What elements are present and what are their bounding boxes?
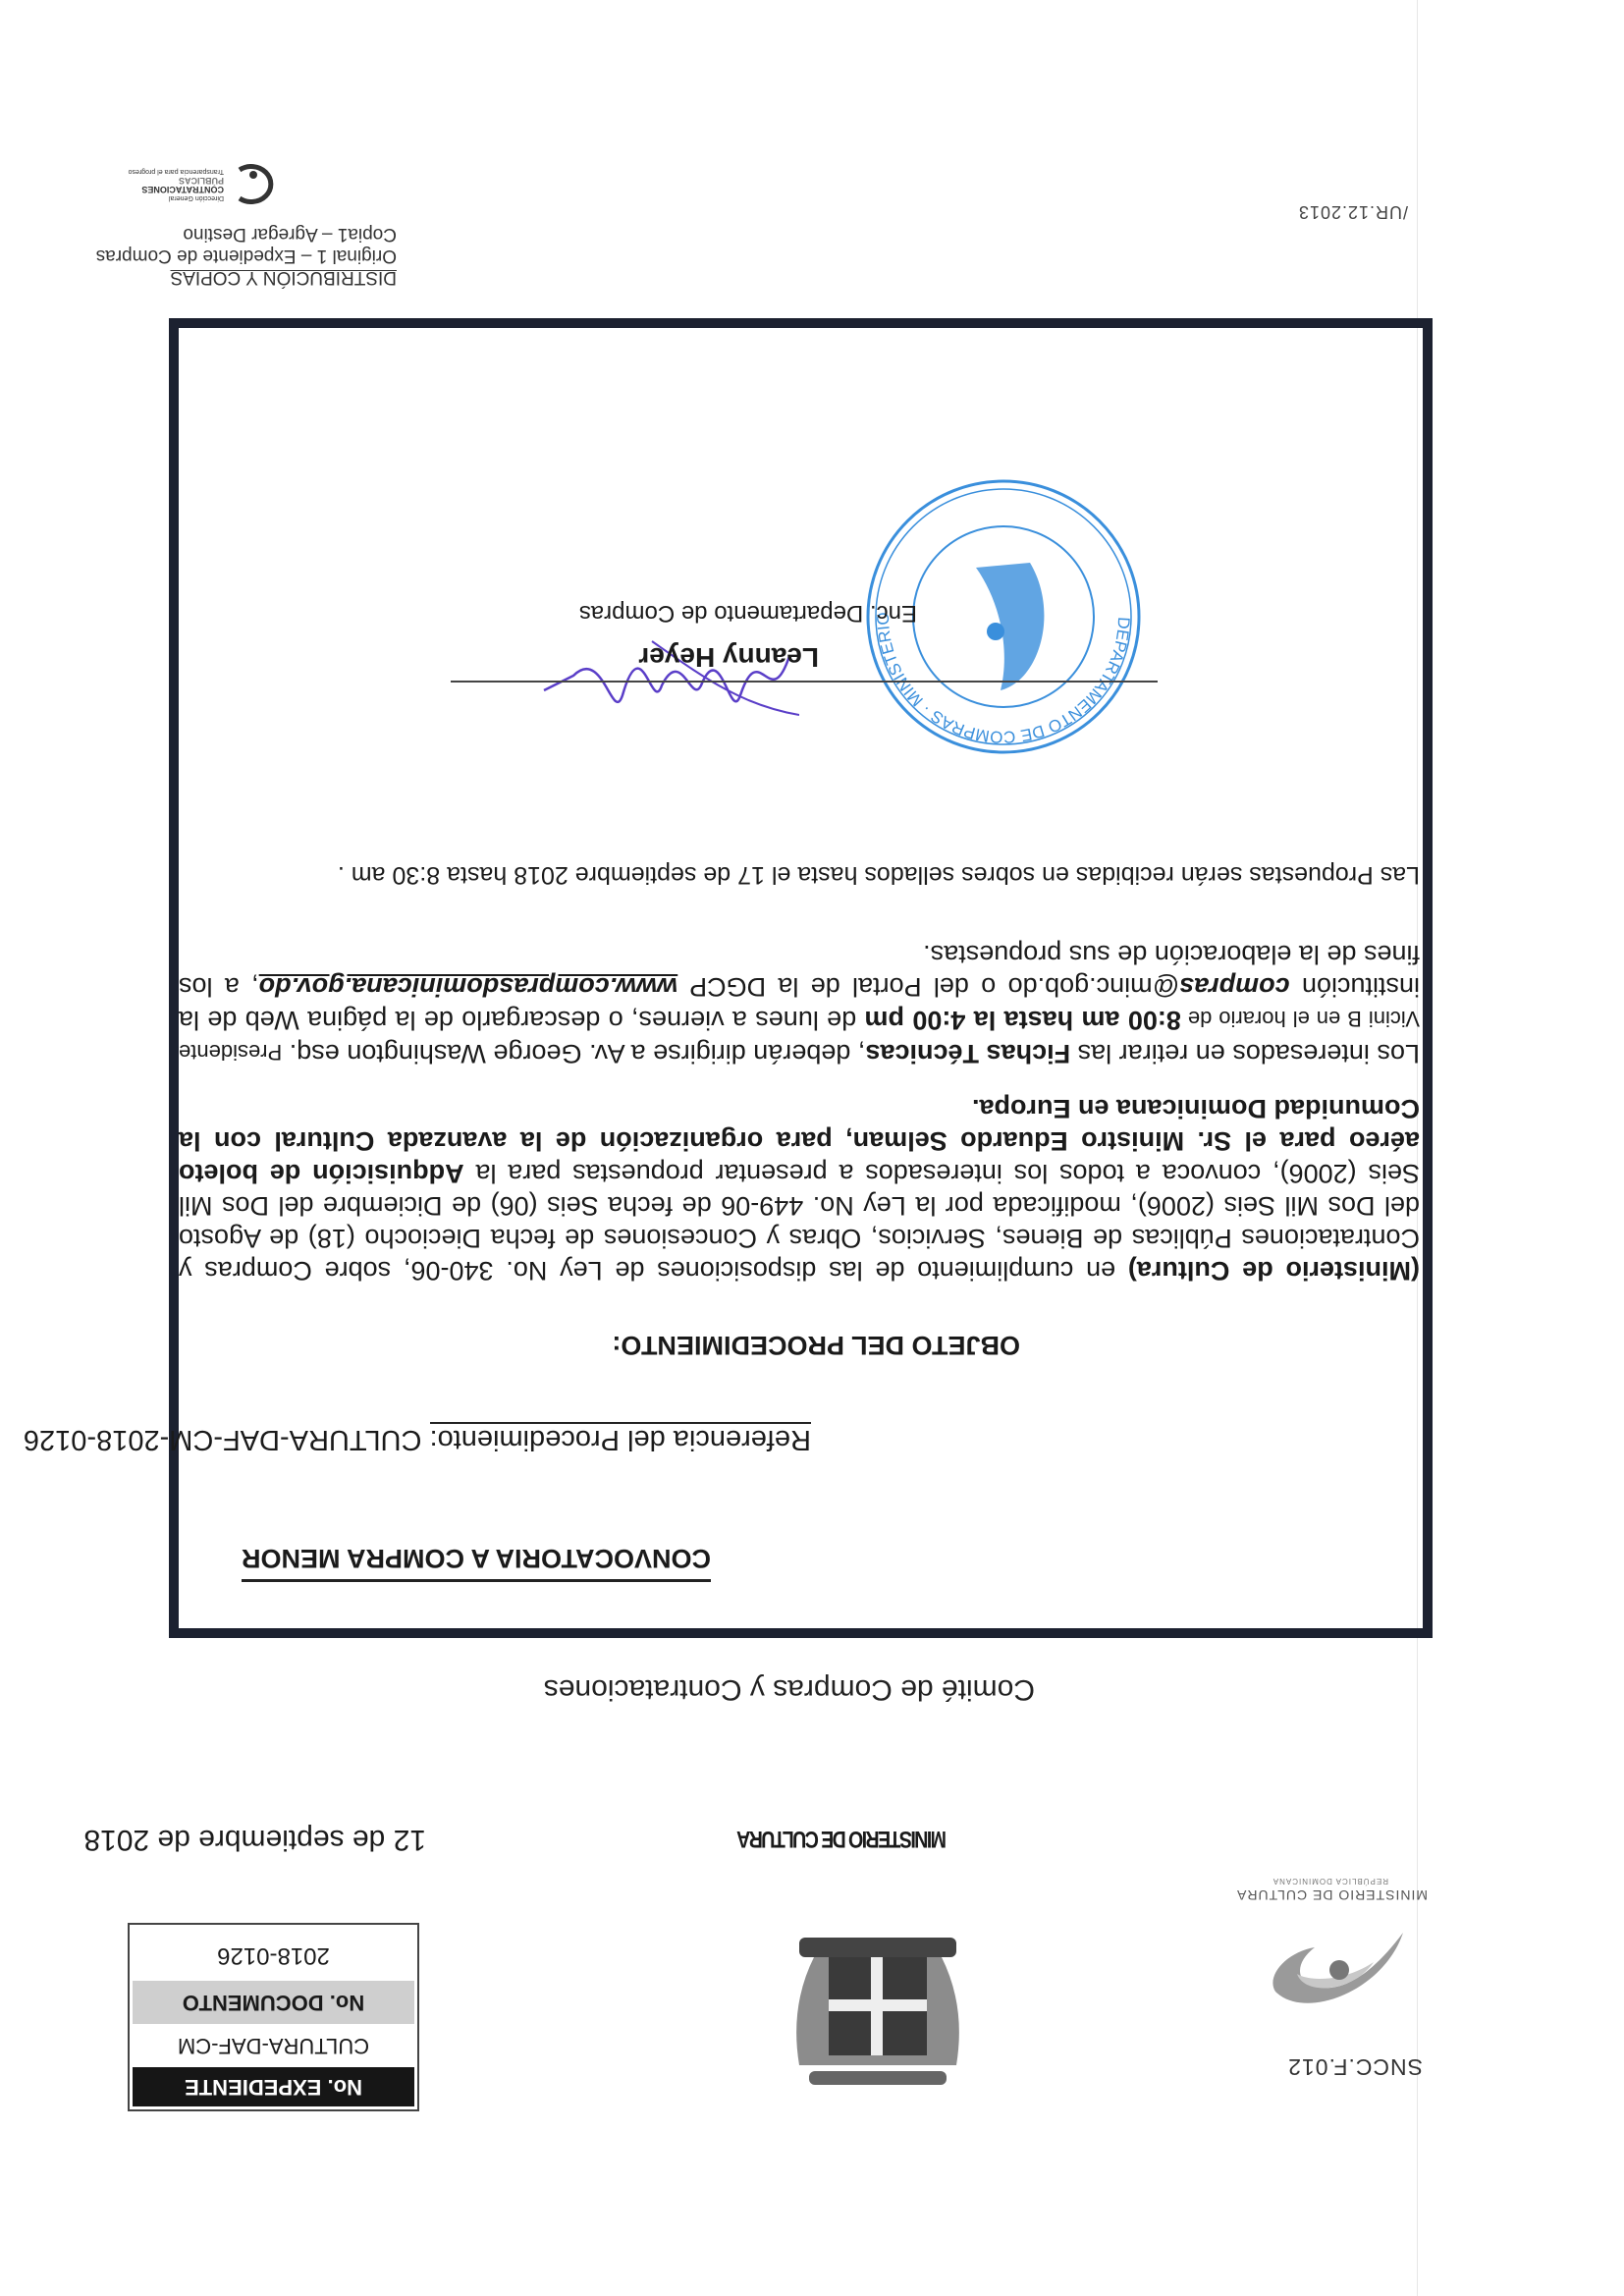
distribution-item: Copia1 – Agregar Destino bbox=[96, 223, 397, 245]
reference-label: Referencia del Procedimiento: bbox=[430, 1422, 811, 1455]
dgcp-text-line: Transparencia para el progreso bbox=[129, 167, 224, 176]
expediente-value: CULTURA-DAF-CM bbox=[130, 2024, 417, 2067]
revision-code: /UR.12.2013 bbox=[1298, 201, 1408, 222]
p2-text-b: , deberán dirigirse a Av. George Washing… bbox=[282, 1039, 865, 1068]
committee-name: Comité de Compras y Contrataciones bbox=[544, 1672, 1035, 1706]
coat-of-arms-icon bbox=[770, 1918, 986, 2105]
handwritten-signature-icon bbox=[534, 617, 799, 735]
dgcp-text-line: PÚBLICAS bbox=[129, 176, 224, 185]
signature-line bbox=[451, 681, 1158, 683]
ministry-logo-text: MINISTERIO DE CULTURA bbox=[1236, 1887, 1428, 1903]
document-page: SNCC.F.012 MINISTERIO DE CULTURA REPÚBLI… bbox=[0, 0, 1624, 2296]
paragraph-fichas: Los interesados en retirar las Fichas Té… bbox=[179, 938, 1420, 1069]
expediente-box: No. EXPEDIENTE CULTURA-DAF-CM No. DOCUME… bbox=[128, 1923, 419, 2111]
dgcp-text-line: Dirección General bbox=[129, 193, 224, 202]
documento-value: 2018-0126 bbox=[130, 1930, 417, 1981]
email-domain[interactable]: @minc.gob.do bbox=[1008, 972, 1180, 1002]
ministry-bold: (Ministerio de Cultura) bbox=[1128, 1256, 1420, 1285]
paragraph-convocatoria: (Ministerio de Cultura) en cumplimiento … bbox=[179, 1092, 1420, 1286]
ministry-logo-icon bbox=[1266, 1923, 1413, 2050]
office-hours: 8:00 am hasta la 4:00 pm bbox=[865, 1006, 1181, 1035]
signer-title: Enc. Departamento de Compras bbox=[579, 599, 917, 627]
expediente-label: No. EXPEDIENTE bbox=[133, 2067, 414, 2106]
document-date: 12 de septiembre de 2018 bbox=[83, 1823, 426, 1856]
fichas-bold: Fichas Técnicas bbox=[865, 1039, 1070, 1068]
procedure-reference: Referencia del Procedimiento: CULTURA-DA… bbox=[24, 1423, 811, 1455]
signer-name: Leanny Heyer bbox=[638, 641, 819, 673]
ministry-name: MINISTERIO DE CULTURA bbox=[738, 1825, 947, 1852]
document-title: CONVOCATORIA A COMPRA MENOR bbox=[242, 1543, 711, 1582]
distribution-heading: DISTRIBUCIÓN Y COPIAS bbox=[96, 266, 397, 288]
dgcp-portal-link[interactable]: www.comprasdominicana.gov.do bbox=[259, 972, 678, 1002]
paragraph-deadline: Las Propuestas serán recibidas en sobres… bbox=[179, 858, 1420, 891]
p2-text-d: o del Portal de la DGCP bbox=[677, 972, 1007, 1002]
dgcp-logo-icon bbox=[230, 163, 279, 207]
form-code: SNCC.F.012 bbox=[1287, 2053, 1423, 2080]
documento-label: No. DOCUMENTO bbox=[133, 1981, 414, 2024]
objeto-heading: OBJETO DEL PROCEDIMIENTO: bbox=[612, 1330, 1020, 1360]
dgcp-text-line: CONTRATACIONES bbox=[129, 185, 224, 193]
dgcp-logo: Dirección General CONTRATACIONES PÚBLICA… bbox=[92, 160, 279, 209]
deadline: 17 de septiembre 2018 hasta 8:30 am bbox=[352, 861, 765, 889]
p3-text-a: Las Propuestas serán recibidas en sobres… bbox=[765, 861, 1420, 889]
reference-value: CULTURA-DAF-CM-2018-0126 bbox=[24, 1424, 430, 1455]
email-link[interactable]: compras bbox=[1179, 972, 1290, 1002]
ministry-logo-subtext: REPÚBLICA DOMINICANA bbox=[1272, 1877, 1388, 1886]
p2-text-a: Los interesados en retirar las bbox=[1070, 1039, 1420, 1068]
distribution-item: Original 1 – Expediente de Compras bbox=[96, 245, 397, 266]
p3-text-c: . bbox=[338, 861, 352, 889]
distribution-block: DISTRIBUCIÓN Y COPIAS Original 1 – Exped… bbox=[96, 223, 397, 288]
